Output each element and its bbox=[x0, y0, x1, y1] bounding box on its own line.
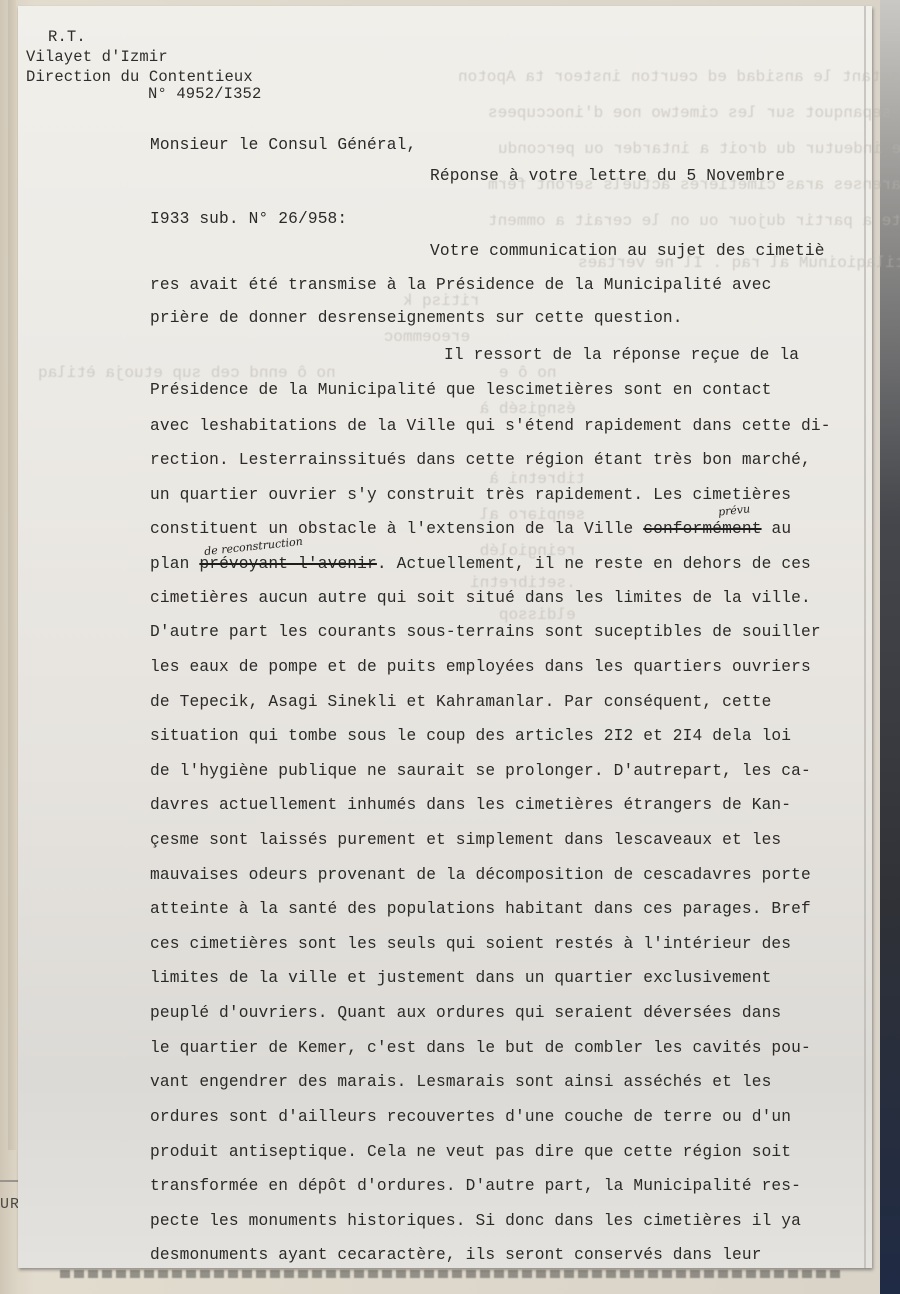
body-line: ordures sont d'ailleurs recouvertes d'un… bbox=[150, 1109, 791, 1125]
body-line: Il ressort de la réponse reçue de la bbox=[444, 347, 799, 363]
body-line: de Tepecik, Asagi Sinekli et Kahramanlar… bbox=[150, 694, 771, 710]
body-line: prière de donner desrenseignements sur c… bbox=[150, 310, 683, 326]
body-line: situation qui tombe sous le coup des art… bbox=[150, 728, 791, 744]
bleed-through-text: ésngiséb à bbox=[38, 400, 576, 418]
body-line: pecte les monuments historiques. Si donc… bbox=[150, 1213, 801, 1229]
bleed-through-text: ereoemmoc bbox=[38, 328, 470, 346]
body-line: le quartier de Kemer, c'est dans le but … bbox=[150, 1040, 811, 1056]
body-line-text: . Actuellement, il ne reste en dehors de… bbox=[377, 555, 811, 573]
header-direction: Direction du Contentieux bbox=[26, 70, 253, 86]
body-line-text: plan bbox=[150, 555, 189, 573]
struck-word: conformément bbox=[643, 520, 761, 538]
body-line: constituent un obstacle à l'extension de… bbox=[150, 521, 791, 537]
body-line: res avait été transmise à la Présidence … bbox=[150, 277, 771, 293]
body-line: Votre communication au sujet des cimetiè bbox=[430, 243, 825, 259]
salutation: Monsieur le Consul Général, bbox=[150, 137, 416, 153]
bleed-through-text: no ô e no ô ennd ceb sup etuoja ètilaq bbox=[38, 364, 556, 382]
body-line-text: constituent un obstacle à l'extension de… bbox=[150, 520, 633, 538]
underlying-sheet-typed-line bbox=[60, 1270, 840, 1278]
bleed-through-text: le bemeffe indeutur du droit a intarder … bbox=[498, 140, 900, 158]
body-line: desmonuments ayant cecaractère, ils sero… bbox=[150, 1247, 762, 1263]
header-rt: R.T. bbox=[48, 30, 86, 46]
letter-page: ctat notant le ansidad ed ceurton insteo… bbox=[18, 6, 872, 1268]
body-line: atteinte à la santé des populations habi… bbox=[150, 901, 811, 917]
bleed-through-text: fecte a partir dujour ou on le cerait a … bbox=[488, 212, 900, 230]
bleed-through-text: le droit sepanquot sur les cimetwo noe d… bbox=[488, 104, 900, 122]
body-line: un quartier ouvrier s'y construit très r… bbox=[150, 487, 791, 503]
body-line: de l'hygiène publique ne saurait se prol… bbox=[150, 763, 811, 779]
body-line-text: au bbox=[771, 520, 791, 538]
body-line: les eaux de pompe et de puits employées … bbox=[150, 659, 811, 675]
struck-phrase: prévoyant l'avenir bbox=[199, 555, 377, 573]
body-line: D'autre part les courants sous-terrains … bbox=[150, 624, 821, 640]
body-line: limites de la ville et justement dans un… bbox=[150, 970, 771, 986]
body-line: davres actuellement inhumés dans les cim… bbox=[150, 797, 791, 813]
sheet-edge bbox=[8, 0, 16, 1150]
body-line: peuplé d'ouvriers. Quant aux ordures qui… bbox=[150, 1005, 781, 1021]
body-line: cimetières aucun autre qui soit situé da… bbox=[150, 590, 811, 606]
subject-line-2: I933 sub. N° 26/958: bbox=[150, 211, 347, 227]
body-line: Présidence de la Municipalité que lescim… bbox=[150, 382, 771, 398]
body-line: avec leshabitations de la Ville qui s'ét… bbox=[150, 418, 831, 434]
body-line: transformée en dépôt d'ordures. D'autre … bbox=[150, 1178, 801, 1194]
body-line: ces cimetières sont les seuls qui soient… bbox=[150, 936, 791, 952]
sheet-rule-line bbox=[0, 1180, 20, 1182]
body-line: plan prévoyant l'avenir. Actuellement, i… bbox=[150, 556, 811, 572]
body-line: mauvaises odeurs provenant de la décompo… bbox=[150, 867, 811, 883]
body-line: çesme sont laissés purement et simplemen… bbox=[150, 832, 781, 848]
bleed-through-text: eldissop bbox=[38, 606, 576, 624]
bleed-through-text: ritisq k bbox=[38, 292, 480, 310]
body-line: produit antiseptique. Cela ne veut pas d… bbox=[150, 1144, 791, 1160]
body-line: rection. Lesterrainssitués dans cette ré… bbox=[150, 452, 811, 468]
body-line: vant engendrer des marais. Lesmarais son… bbox=[150, 1074, 771, 1090]
header-vilayet: Vilayet d'Izmir bbox=[26, 50, 168, 66]
header-reference-number: N° 4952/I352 bbox=[148, 87, 261, 103]
bleed-through-text: ctat notant le ansidad ed ceurton insteo… bbox=[458, 68, 900, 86]
subject-line-1: Réponse à votre lettre du 5 Novembre bbox=[430, 168, 785, 184]
handwritten-insertion: prévu bbox=[717, 502, 750, 518]
